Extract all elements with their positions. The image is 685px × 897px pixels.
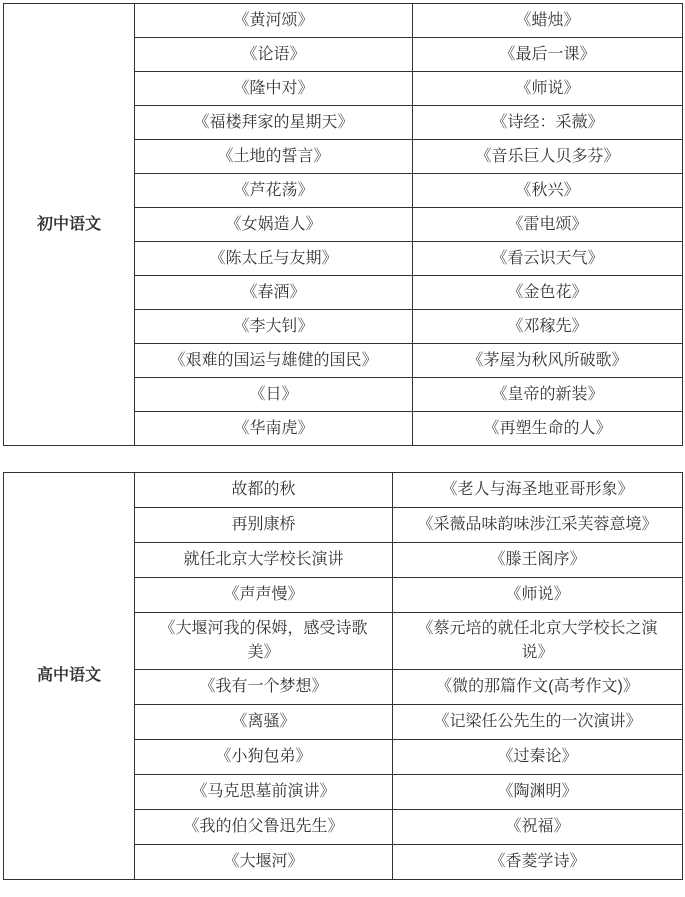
lesson-cell: 《秋兴》 — [413, 174, 683, 208]
lesson-cell: 《声声慢》 — [135, 578, 393, 613]
lesson-cell: 就任北京大学校长演讲 — [135, 543, 393, 578]
lesson-cell: 《蜡烛》 — [413, 4, 683, 38]
junior-high-chinese-table: 初中语文《黄河颂》《蜡烛》《论语》《最后一课》《隆中对》《师说》《福楼拜家的星期… — [3, 3, 683, 446]
lesson-cell: 《老人与海圣地亚哥形象》 — [393, 473, 683, 508]
lesson-cell: 《日》 — [135, 378, 413, 412]
lesson-cell: 《离骚》 — [135, 705, 393, 740]
lesson-cell: 《春酒》 — [135, 276, 413, 310]
lesson-cell: 《祝福》 — [393, 810, 683, 845]
lesson-cell: 《陈太丘与友期》 — [135, 242, 413, 276]
lesson-cell: 《师说》 — [393, 578, 683, 613]
lesson-cell: 《采薇品味韵味涉江采芙蓉意境》 — [393, 508, 683, 543]
row-header-cell: 高中语文 — [4, 473, 135, 880]
lesson-cell: 《皇帝的新装》 — [413, 378, 683, 412]
lesson-cell: 《音乐巨人贝多芬》 — [413, 140, 683, 174]
lesson-cell: 《最后一课》 — [413, 38, 683, 72]
lesson-cell: 《土地的誓言》 — [135, 140, 413, 174]
senior-high-chinese-table: 高中语文故都的秋《老人与海圣地亚哥形象》再别康桥《采薇品味韵味涉江采芙蓉意境》就… — [3, 472, 683, 880]
lesson-cell: 《福楼拜家的星期天》 — [135, 106, 413, 140]
lesson-cell: 《记梁任公先生的一次演讲》 — [393, 705, 683, 740]
lesson-cell: 《小狗包弟》 — [135, 740, 393, 775]
lesson-cell: 《艰难的国运与雄健的国民》 — [135, 344, 413, 378]
lesson-cell: 《微的那篇作文(高考作文)》 — [393, 670, 683, 705]
lesson-cell: 《大堰河我的保姆，感受诗歌美》 — [135, 613, 393, 670]
table-row: 高中语文故都的秋《老人与海圣地亚哥形象》 — [4, 473, 683, 508]
lesson-cell: 《陶渊明》 — [393, 775, 683, 810]
lesson-cell: 《蔡元培的就任北京大学校长之演说》 — [393, 613, 683, 670]
lesson-cell: 《论语》 — [135, 38, 413, 72]
lesson-cell: 《雷电颂》 — [413, 208, 683, 242]
row-header-cell: 初中语文 — [4, 4, 135, 446]
lesson-cell: 再别康桥 — [135, 508, 393, 543]
lesson-cell: 《马克思墓前演讲》 — [135, 775, 393, 810]
lesson-cell: 《邓稼先》 — [413, 310, 683, 344]
lesson-cell: 《芦花荡》 — [135, 174, 413, 208]
page: 初中语文《黄河颂》《蜡烛》《论语》《最后一课》《隆中对》《师说》《福楼拜家的星期… — [0, 0, 685, 883]
lesson-cell: 《李大钊》 — [135, 310, 413, 344]
lesson-cell: 《女娲造人》 — [135, 208, 413, 242]
lesson-cell: 《滕王阁序》 — [393, 543, 683, 578]
lesson-cell: 《过秦论》 — [393, 740, 683, 775]
lesson-cell: 《我的伯父鲁迅先生》 — [135, 810, 393, 845]
lesson-cell: 《隆中对》 — [135, 72, 413, 106]
lesson-cell: 《我有一个梦想》 — [135, 670, 393, 705]
lesson-cell: 《华南虎》 — [135, 412, 413, 446]
lesson-cell: 《黄河颂》 — [135, 4, 413, 38]
lesson-cell: 《诗经：采薇》 — [413, 106, 683, 140]
lesson-cell: 《金色花》 — [413, 276, 683, 310]
lesson-cell: 《茅屋为秋风所破歌》 — [413, 344, 683, 378]
lesson-cell: 《再塑生命的人》 — [413, 412, 683, 446]
lesson-cell: 《香菱学诗》 — [393, 845, 683, 880]
table-row: 初中语文《黄河颂》《蜡烛》 — [4, 4, 683, 38]
lesson-cell: 《看云识天气》 — [413, 242, 683, 276]
lesson-cell: 《师说》 — [413, 72, 683, 106]
lesson-cell: 《大堰河》 — [135, 845, 393, 880]
lesson-cell: 故都的秋 — [135, 473, 393, 508]
